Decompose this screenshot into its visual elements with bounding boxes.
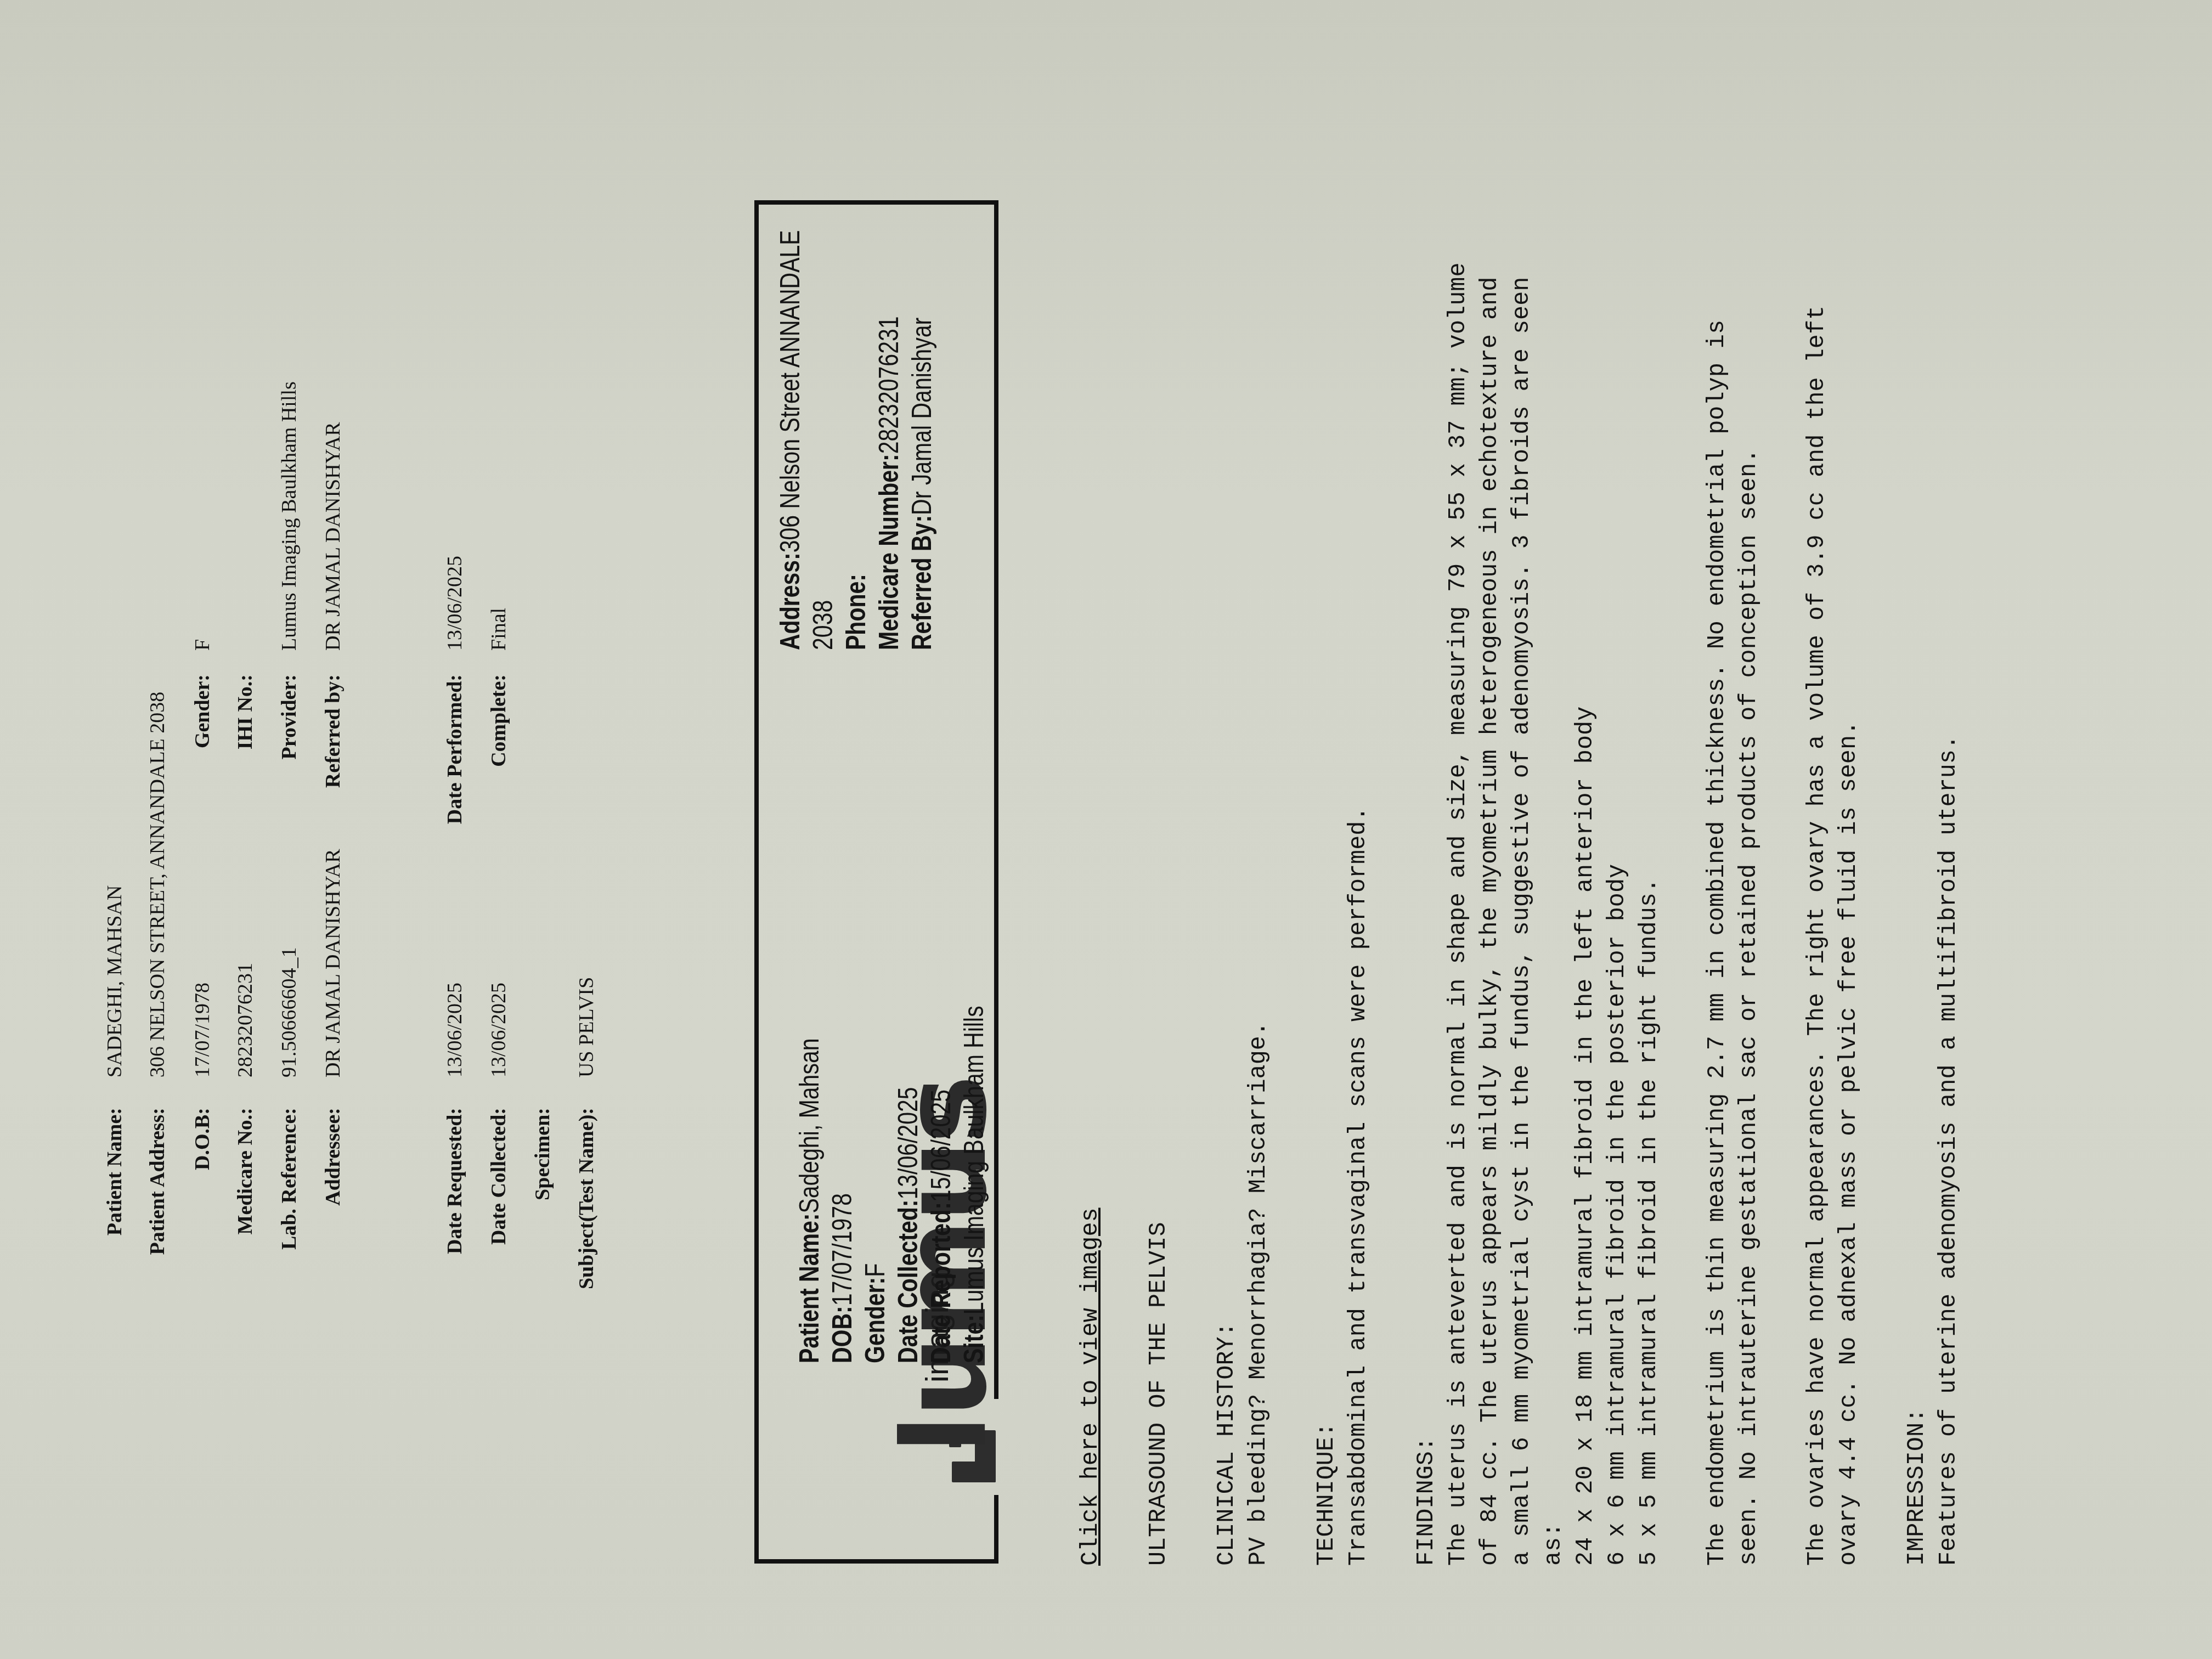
date-collected-label: Date Collected: [488,1108,509,1245]
clinical-history-text: PV bleeding? Menorrhagia? Miscarriage. [1243,30,1275,1566]
patient-address-value: 306 NELSON STREET, ANNANDALE 2038 [147,692,168,1077]
subject-label: Subject(Test Name): [576,1108,597,1289]
box-phone: Phone: [839,230,872,650]
box-date-reported: Date Reported:15/06/2025 [924,1006,957,1363]
fibroid-item: 24 x 20 x 18 mm intramural fibroid in th… [1570,30,1602,1566]
complete-label: Complete: [488,674,509,767]
subject-value: US PELVIS [576,977,597,1077]
patient-name-label: Patient Name: [104,1108,125,1235]
report-body: Click here to view images ULTRASOUND OF … [1075,30,1965,1566]
box-patient-name: Patient Name:Sadeghi, Mahsan [793,1006,826,1363]
medicare-label: Medicare No.: [235,1108,256,1234]
complete-value: Final [488,608,509,651]
box-right-column: Address:306 Nelson Street ANNANDALE 2038… [774,230,938,650]
addressee-label: Addressee: [323,1108,343,1206]
referred-by-label: Referred by: [323,674,343,788]
box-date-collected: Date Collected:13/06/2025 [891,1006,924,1363]
box-address: Address:306 Nelson Street ANNANDALE [774,230,806,650]
technique-text: Transabdominal and transvaginal scans we… [1343,30,1375,1566]
box-referred-by: Referred By:Dr Jamal Danishyar [905,230,938,650]
technique-heading: TECHNIQUE: [1311,30,1343,1566]
lab-reference-label: Lab. Reference: [279,1108,300,1250]
gender-label: Gender: [192,674,213,748]
lab-reference-value: 91.50666604_1 [279,947,300,1078]
patient-name-value: SADEGHI, MAHSAN [104,885,125,1077]
date-performed-value: 13/06/2025 [444,556,465,651]
box-site: Site:Lumus Imaging Baulkham Hills [957,1006,990,1363]
date-requested-value: 13/06/2025 [444,983,465,1077]
referred-by-value: DR JAMAL DANISHYAR [323,422,343,651]
date-collected-value: 13/06/2025 [488,983,509,1077]
report-title: ULTRASOUND OF THE PELVIS [1143,30,1175,1566]
impression-heading: IMPRESSION: [1901,30,1933,1566]
date-requested-label: Date Requested: [444,1108,465,1254]
lumus-patient-box: lumus imaging Patient Name:Sadeghi, Mahs… [754,200,998,1564]
date-performed-label: Date Performed: [444,674,465,824]
box-gender: Gender:F [859,1006,891,1363]
patient-address-label: Patient Address: [147,1108,168,1255]
view-images-link[interactable]: Click here to view images [1075,30,1107,1566]
ihi-label: IHI No.: [235,674,256,749]
fibroid-item: 6 x 6 mm intramural fibroid in the poste… [1602,30,1634,1566]
box-dob: DOB:17/07/1978 [826,1006,859,1363]
dob-value: 17/07/1978 [192,983,213,1077]
findings-endometrium-paragraph: The endometrium is thin measuring 2.7 mm… [1702,30,1765,1566]
specimen-label: Specimen: [532,1108,553,1200]
provider-value: Lumus Imaging Baulkham Hills [279,381,300,651]
box-border-right [754,200,998,205]
box-medicare-number: Medicare Number:28232076231 [872,230,905,650]
box-address-postcode: 2038 [806,230,839,650]
fibroid-item: 5 x 5 mm intramural fibroid in the right… [1634,30,1666,1566]
provider-label: Provider: [279,674,300,759]
impression-text: Features of uterine adenomyosis and a mu… [1933,30,1965,1566]
findings-heading: FINDINGS: [1411,30,1443,1566]
medicare-value: 28232076231 [235,963,256,1077]
findings-uterus-paragraph: The uterus is anteverted and is normal i… [1443,30,1666,1566]
addressee-value: DR JAMAL DANISHYAR [323,849,343,1077]
clinical-history-heading: CLINICAL HISTORY: [1211,30,1243,1566]
dob-label: D.O.B: [192,1108,213,1170]
findings-ovaries-paragraph: The ovaries have normal appearances. The… [1802,30,1865,1566]
gender-value: F [192,639,213,651]
box-left-column: Patient Name:Sadeghi, Mahsan DOB:17/07/1… [793,1006,990,1363]
report-page: Patient Name: SADEGHI, MAHSAN Patient Ad… [0,0,2212,1659]
